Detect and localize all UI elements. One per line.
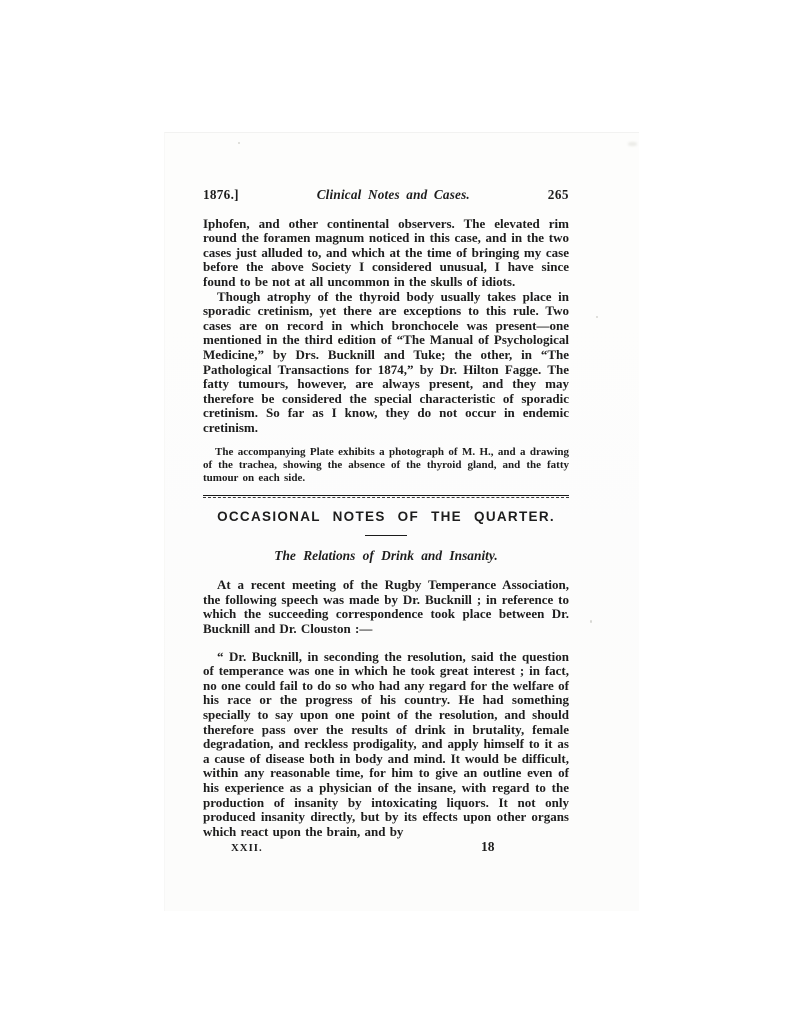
page-content: 1876.] Clinical Notes and Cases. 265 Iph… <box>203 188 569 856</box>
section-heading: OCCASIONAL NOTES OF THE QUARTER. <box>203 510 569 525</box>
scanned-document-page: 1876.] Clinical Notes and Cases. 265 Iph… <box>0 0 800 1036</box>
body-paragraph: Iphofen, and other continental observers… <box>203 217 569 290</box>
page-header: 1876.] Clinical Notes and Cases. 265 <box>203 188 569 203</box>
heading-rule <box>365 535 407 536</box>
article-paragraph: At a recent meeting of the Rugby Tempera… <box>203 578 569 636</box>
section-divider-rule-lower <box>203 497 569 498</box>
body-paragraph: Though atrophy of the thyroid body usual… <box>203 290 569 436</box>
running-title: Clinical Notes and Cases. <box>239 188 548 203</box>
page-footer: XXII. 18 <box>203 840 569 856</box>
plate-note: The accompanying Plate exhibits a photog… <box>203 446 569 485</box>
article-paragraph: “ Dr. Bucknill, in seconding the resolut… <box>203 650 569 840</box>
year-mark: 1876.] <box>203 188 239 203</box>
scan-artifact <box>590 620 592 623</box>
signature-page-number: 18 <box>481 840 495 855</box>
volume-mark: XXII. <box>231 842 263 854</box>
scan-artifact <box>596 316 598 318</box>
page-number: 265 <box>548 188 569 203</box>
scan-artifact <box>238 142 240 144</box>
article-subheading: The Relations of Drink and Insanity. <box>203 549 569 564</box>
section-divider-rule <box>203 495 569 499</box>
scan-artifact <box>628 142 637 146</box>
